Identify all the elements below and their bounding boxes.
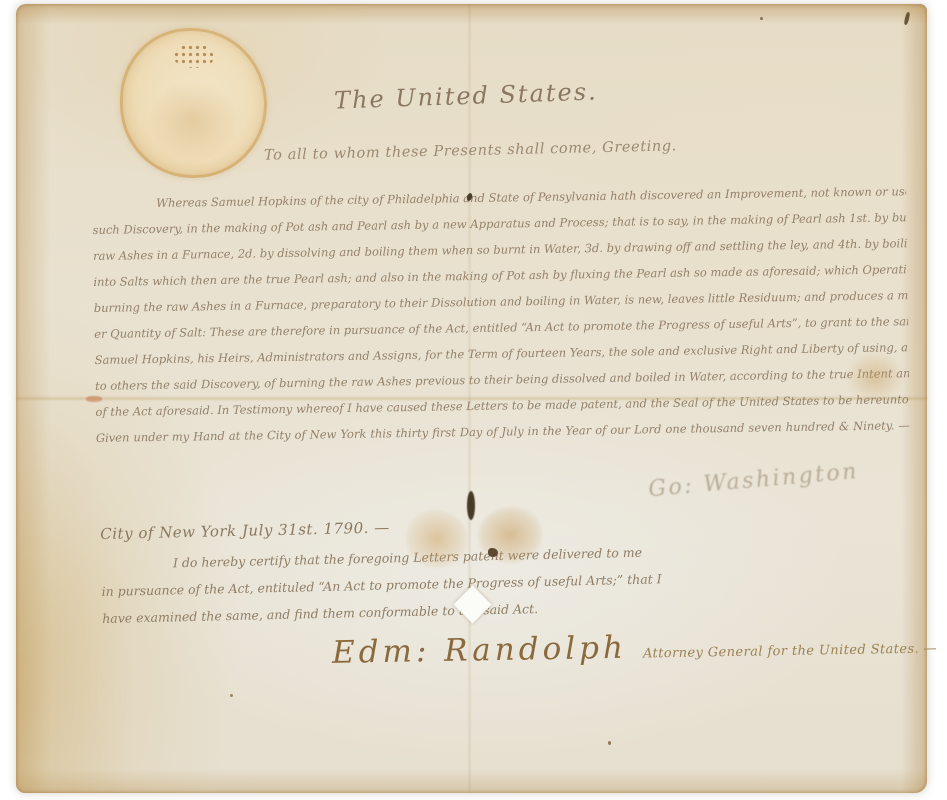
randolph-signature: Edm: Randolph [332, 630, 627, 671]
embossed-seal-icon [120, 28, 267, 178]
washington-signature: Go: Washington [647, 455, 908, 503]
document-photo: The United States. To all to whom these … [0, 0, 947, 800]
paper-speck [608, 741, 611, 745]
parchment-sheet: The United States. To all to whom these … [16, 4, 927, 793]
document-title: The United States. [334, 77, 599, 114]
patent-body-text: Whereas Samuel Hopkins of the city of Ph… [92, 178, 910, 451]
randolph-signature-title: Attorney General for the United States. … [643, 641, 937, 661]
ink-spot [488, 548, 498, 557]
paper-speck [903, 12, 910, 26]
seal-star-dots-icon [173, 44, 215, 68]
paper-speck [230, 694, 233, 697]
certification-block: City of New York July 31st. 1790. — I do… [100, 510, 588, 632]
randolph-signature-row: Edm: RandolphAttorney General for the Un… [332, 625, 893, 671]
paper-speck [760, 17, 763, 20]
paper-slit-hole [467, 491, 475, 520]
